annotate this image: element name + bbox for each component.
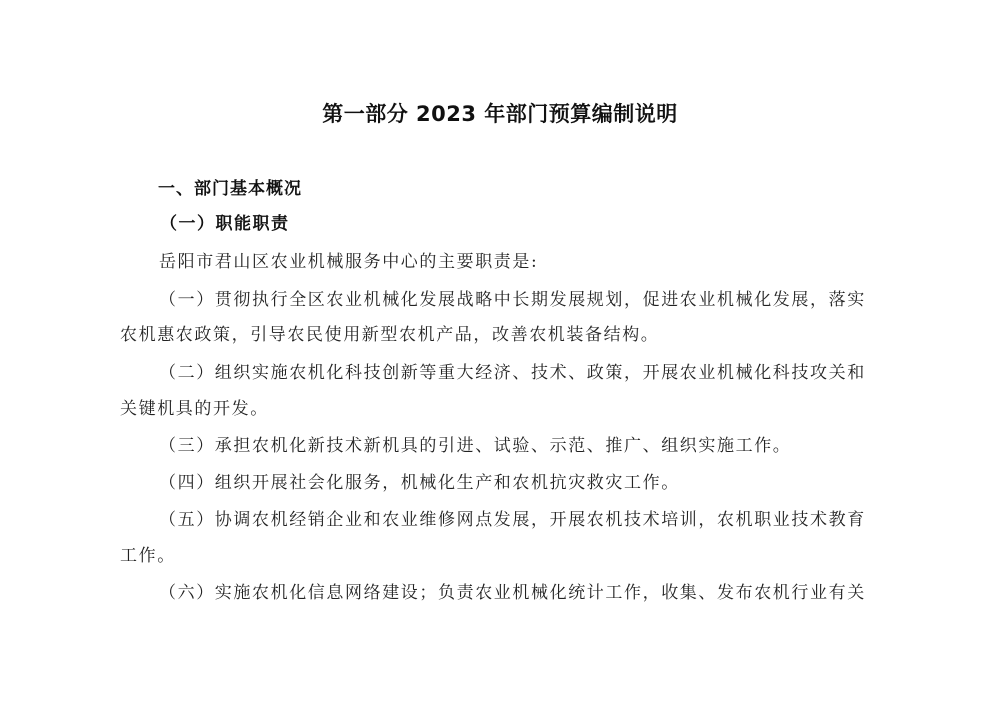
intro-text: 岳阳市君山区农业机械服务中心的主要职责是: <box>159 250 538 274</box>
paragraph-5-line-1: （五）协调农机经销企业和农业维修网点发展，开展农机技术培训，农机职业技术教育 <box>159 508 866 532</box>
page-title: 第一部分 2023 年部门预算编制说明 <box>0 98 1000 128</box>
paragraph-1-line-1: （一）贯彻执行全区农业机械化发展战略中长期发展规划，促进农业机械化发展，落实 <box>159 288 866 312</box>
paragraph-3-line-1: （三）承担农机化新技术新机具的引进、试验、示范、推广、组织实施工作。 <box>159 434 791 458</box>
document-page: 第一部分 2023 年部门预算编制说明 一、部门基本概况 （一）职能职责 岳阳市… <box>0 0 1000 706</box>
subsection-heading: （一）职能职责 <box>160 212 290 236</box>
paragraph-2-line-1: （二）组织实施农机化科技创新等重大经济、技术、政策，开展农业机械化科技攻关和 <box>159 361 866 385</box>
paragraph-1-line-2: 农机惠农政策，引导农民使用新型农机产品，改善农机装备结构。 <box>120 323 659 347</box>
paragraph-4-line-1: （四）组织开展社会化服务，机械化生产和农机抗灾救灾工作。 <box>159 471 680 495</box>
section-heading: 一、部门基本概况 <box>158 177 302 201</box>
paragraph-6-line-1: （六）实施农机化信息网络建设；负责农业机械化统计工作，收集、发布农机行业有关 <box>159 581 866 605</box>
paragraph-2-line-2: 关键机具的开发。 <box>120 397 269 421</box>
paragraph-5-line-2: 工作。 <box>120 544 176 568</box>
